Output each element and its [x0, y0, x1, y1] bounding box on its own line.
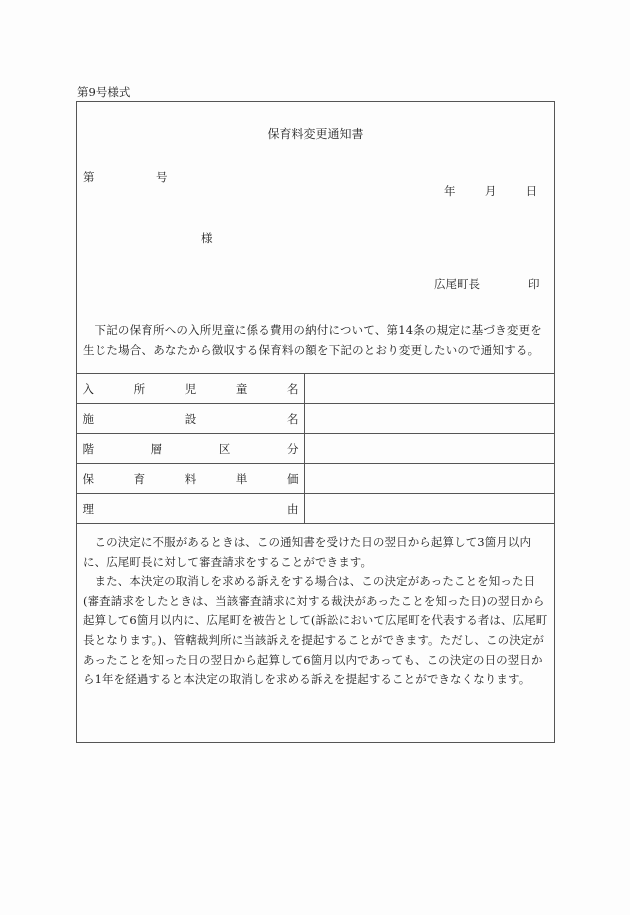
form-number: 第9号様式	[77, 84, 130, 100]
row-value-facility-name[interactable]	[304, 404, 554, 434]
row-label-facility-name: 施 設 名	[76, 404, 304, 434]
table-row: 理 由	[76, 494, 554, 524]
row-value-reason[interactable]	[304, 494, 554, 524]
date-year-label: 年	[444, 183, 456, 199]
date-day-label: 日	[526, 183, 538, 199]
recipient-honorific: 様	[201, 230, 213, 246]
appeal-notice-paragraph-1: この決定に不服があるときは、この通知書を受けた日の翌日から起算して3箇月以内に、…	[83, 533, 548, 572]
issue-date: 年 月 日	[444, 183, 537, 199]
document-number-prefix: 第	[83, 169, 95, 185]
seal-mark: 印	[528, 276, 540, 292]
row-value-fee-unit-price[interactable]	[304, 464, 554, 494]
document-title: 保育料変更通知書	[77, 125, 554, 142]
row-label-fee-unit-price: 保 育 料 単 価	[76, 464, 304, 494]
table-row: 施 設 名	[76, 404, 554, 434]
table-row: 入 所 児 童 名	[76, 374, 554, 404]
appeal-notice-paragraph-2: また、本決定の取消しを求める訴えをする場合は、この決定があったことを知った日(審…	[83, 572, 548, 690]
document-number-suffix: 号	[156, 169, 168, 185]
row-label-reason: 理 由	[76, 494, 304, 524]
notice-form-frame: 保育料変更通知書 第 号 年 月 日 様 広尾町長 印 下記の保育所への入所児童…	[76, 101, 555, 743]
row-value-income-bracket[interactable]	[304, 434, 554, 464]
appeal-notice: この決定に不服があるときは、この通知書を受けた日の翌日から起算して3箇月以内に、…	[83, 533, 548, 690]
table-row: 階 層 区 分	[76, 434, 554, 464]
issuer-name: 広尾町長	[434, 276, 480, 292]
table-row: 保 育 料 単 価	[76, 464, 554, 494]
row-label-child-name: 入 所 児 童 名	[76, 374, 304, 404]
intro-paragraph: 下記の保育所への入所児童に係る費用の納付について、第14条の規定に基づき変更を生…	[83, 320, 548, 360]
row-label-income-bracket: 階 層 区 分	[76, 434, 304, 464]
date-month-label: 月	[485, 183, 497, 199]
details-table: 入 所 児 童 名 施 設 名 階	[76, 373, 555, 524]
row-value-child-name[interactable]	[304, 374, 554, 404]
